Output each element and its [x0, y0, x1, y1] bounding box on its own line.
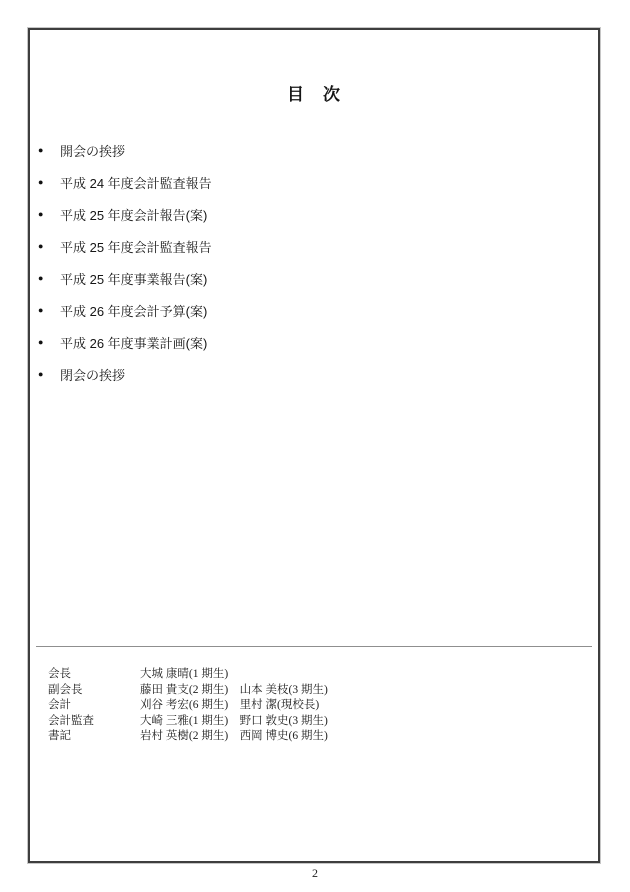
- bullet-icon: ●: [38, 306, 50, 315]
- officer-members: 藤田 貴支(2 期生) 山本 美枝(3 期生): [140, 683, 588, 699]
- officer-role: 副会長: [48, 683, 140, 699]
- toc-item: ● 平成 26 年度事業計画(案): [38, 326, 590, 358]
- toc-item-label: 開会の挨拶: [60, 141, 125, 160]
- officer-row: 副会長 藤田 貴支(2 期生) 山本 美枝(3 期生): [48, 683, 588, 699]
- toc-item-label: 閉会の挨拶: [60, 365, 125, 384]
- officer-row: 会計監査 大崎 三雅(1 期生) 野口 敦史(3 期生): [48, 714, 588, 730]
- toc-item: ● 平成 25 年度会計報告(案): [38, 198, 590, 230]
- officer-role: 会長: [48, 667, 140, 683]
- officer-members: 刈谷 考宏(6 期生) 里村 潔(現校長): [140, 698, 588, 714]
- toc-item-label: 平成 24 年度会計監査報告: [60, 173, 212, 192]
- bullet-icon: ●: [38, 370, 50, 379]
- bullet-icon: ●: [38, 146, 50, 155]
- toc-item-label: 平成 25 年度会計監査報告: [60, 237, 212, 256]
- officer-role: 会計: [48, 698, 140, 714]
- officer-row: 書記 岩村 英樹(2 期生) 西岡 博史(6 期生): [48, 729, 588, 745]
- page-border-frame: 目 次 ● 開会の挨拶 ● 平成 24 年度会計監査報告 ● 平成 25 年度会…: [28, 28, 600, 863]
- officers-separator-line: [36, 646, 592, 647]
- officer-members: 大城 康晴(1 期生): [140, 667, 588, 683]
- officer-row: 会長 大城 康晴(1 期生): [48, 667, 588, 683]
- toc-item: ● 平成 24 年度会計監査報告: [38, 166, 590, 198]
- bullet-icon: ●: [38, 242, 50, 251]
- officer-role: 書記: [48, 729, 140, 745]
- officer-role: 会計監査: [48, 714, 140, 730]
- bullet-icon: ●: [38, 178, 50, 187]
- toc-item-label: 平成 25 年度事業報告(案): [60, 269, 207, 288]
- toc-item: ● 平成 26 年度会計予算(案): [38, 294, 590, 326]
- bullet-icon: ●: [38, 210, 50, 219]
- page-title: 目 次: [30, 80, 598, 105]
- document-page: 目 次 ● 開会の挨拶 ● 平成 24 年度会計監査報告 ● 平成 25 年度会…: [0, 0, 630, 892]
- toc-item: ● 閉会の挨拶: [38, 358, 590, 390]
- bullet-icon: ●: [38, 274, 50, 283]
- officer-members: 大崎 三雅(1 期生) 野口 敦史(3 期生): [140, 714, 588, 730]
- toc-item: ● 平成 25 年度事業報告(案): [38, 262, 590, 294]
- toc-item-label: 平成 26 年度事業計画(案): [60, 333, 207, 352]
- toc-item: ● 平成 25 年度会計監査報告: [38, 230, 590, 262]
- toc-item-label: 平成 26 年度会計予算(案): [60, 301, 207, 320]
- toc-item: ● 開会の挨拶: [38, 134, 590, 166]
- officer-row: 会計 刈谷 考宏(6 期生) 里村 潔(現校長): [48, 698, 588, 714]
- officer-members: 岩村 英樹(2 期生) 西岡 博史(6 期生): [140, 729, 588, 745]
- officers-list: 会長 大城 康晴(1 期生) 副会長 藤田 貴支(2 期生) 山本 美枝(3 期…: [48, 667, 588, 745]
- toc-list: ● 開会の挨拶 ● 平成 24 年度会計監査報告 ● 平成 25 年度会計報告(…: [38, 134, 590, 390]
- bullet-icon: ●: [38, 338, 50, 347]
- toc-item-label: 平成 25 年度会計報告(案): [60, 205, 207, 224]
- page-number: 2: [0, 866, 630, 881]
